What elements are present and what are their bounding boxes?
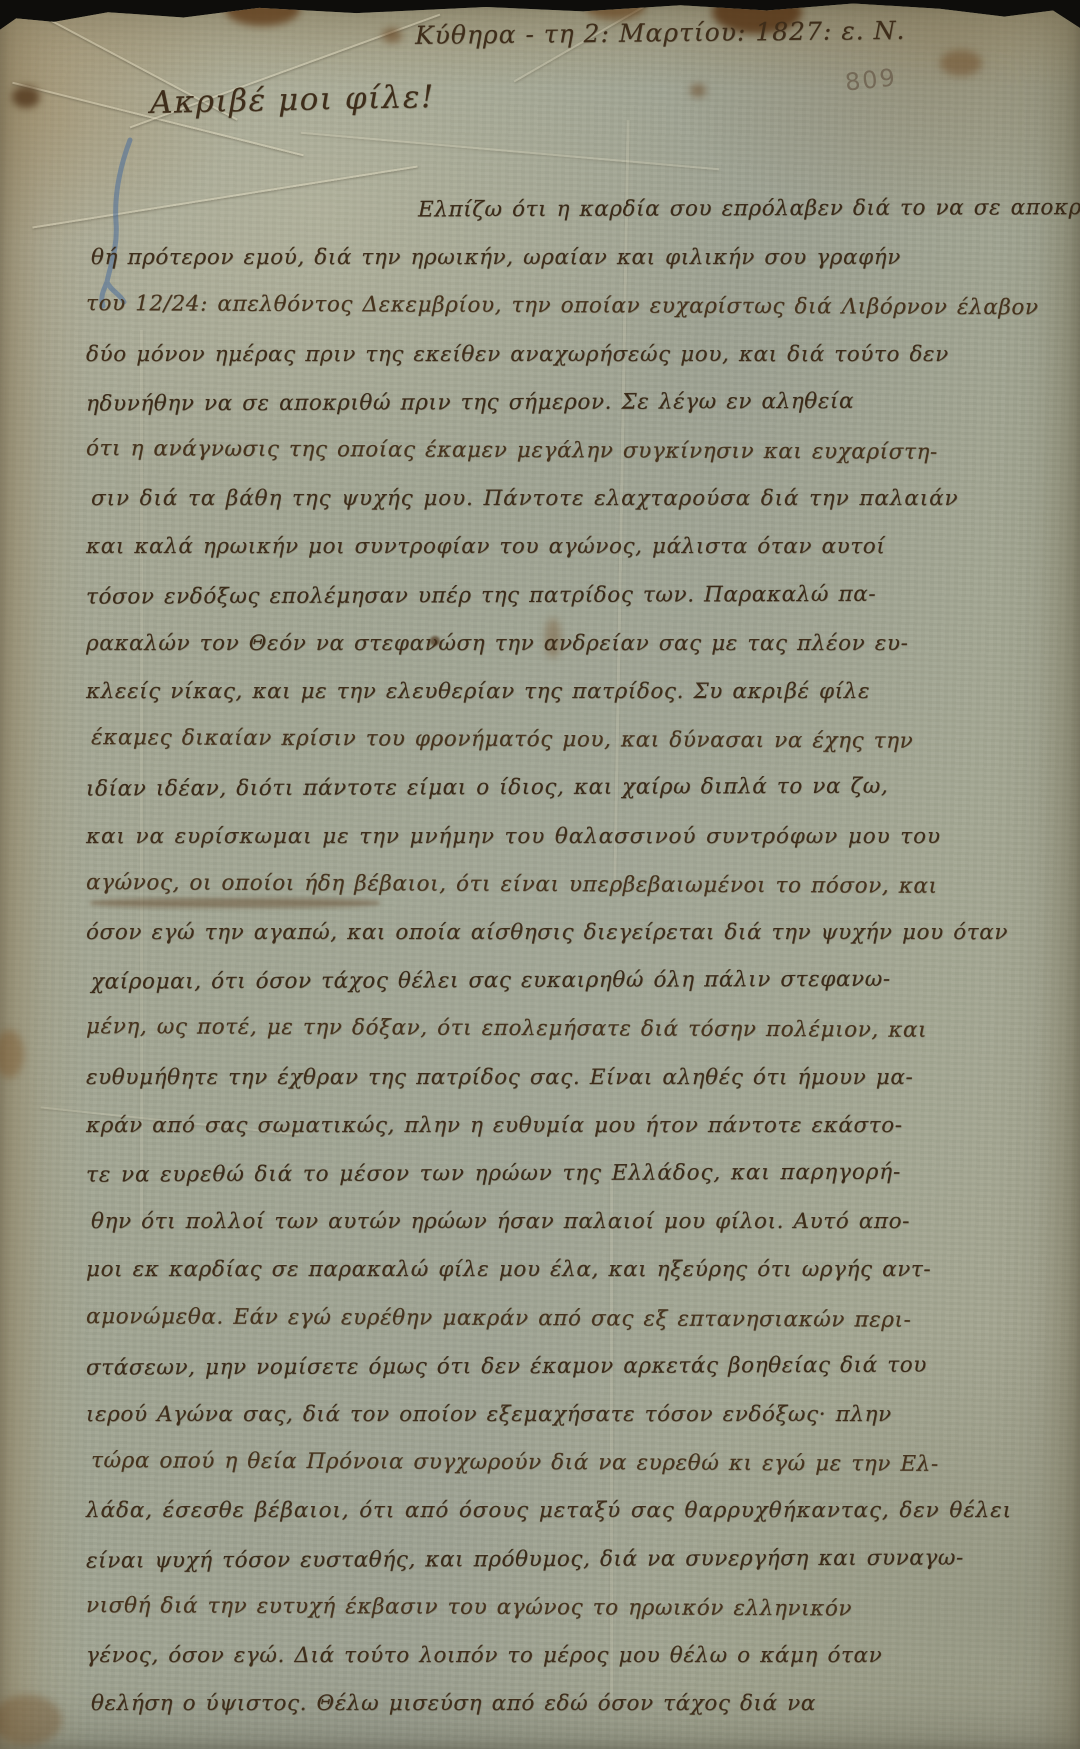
body-line: είναι ψυχή τόσον ευσταθής, και πρόθυμος,… bbox=[86, 1534, 972, 1585]
body-line: αγώνος, οι οποίοι ήδη βέβαιοι, ότι είναι… bbox=[86, 859, 972, 911]
body-line: Ελπίζω ότι η καρδία σου επρόλαβεν διά το… bbox=[86, 184, 972, 235]
body-line: και καλά ηρωικήν μοι συντροφίαν του αγών… bbox=[86, 523, 972, 571]
foxing-stain bbox=[0, 1030, 24, 1078]
body-line: γένος, όσον εγώ. Διά τούτο λοιπόν το μέρ… bbox=[86, 1632, 972, 1680]
archive-number: 809 bbox=[844, 63, 898, 96]
body-line: κράν από σας σωματικώς, πλην η ευθυμία μ… bbox=[86, 1102, 972, 1150]
body-line: λάδα, έσεσθε βέβαιοι, ότι από όσους μετα… bbox=[86, 1487, 972, 1535]
letter-page: Κύθηρα - τη 2: Μαρτίου: 1827: ε. Ν. 809 … bbox=[0, 0, 1080, 1749]
body-line: νισθή διά την ευτυχή έκβασιν του αγώνος … bbox=[86, 1582, 972, 1634]
letter-body: Ελπίζω ότι η καρδία σου επρόλαβεν διά το… bbox=[86, 186, 972, 1729]
body-line: μένη, ως ποτέ, με την δόξαν, ότι επολεμή… bbox=[86, 1004, 972, 1056]
body-line: τε να ευρεθώ διά το μέσον των ηρώων της … bbox=[86, 1149, 972, 1200]
ink-stain bbox=[12, 86, 40, 108]
body-line: ότι η ανάγνωσις της οποίας έκαμεν μεγάλη… bbox=[86, 425, 972, 477]
body-line: χαίρομαι, ότι όσον τάχος θέλει σας ευκαι… bbox=[86, 956, 972, 1007]
crease-line bbox=[301, 132, 720, 171]
body-line: ευθυμήθητε την έχθραν της πατρίδος σας. … bbox=[86, 1054, 972, 1102]
dateline: Κύθηρα - τη 2: Μαρτίου: 1827: ε. Ν. bbox=[415, 15, 975, 50]
ink-stain bbox=[585, 0, 645, 20]
ink-stain bbox=[940, 50, 982, 76]
body-line: κλεείς νίκας, και με την ελευθερίαν της … bbox=[86, 668, 972, 716]
body-line: σιν διά τα βάθη της ψυχής μου. Πάντοτε ε… bbox=[86, 475, 972, 523]
body-line: θή πρότερον εμού, διά την ηρωικήν, ωραία… bbox=[86, 234, 972, 282]
body-line: ηδυνήθην να σε αποκριθώ πριν της σήμερον… bbox=[86, 377, 972, 428]
body-line: ιδίαν ιδέαν, διότι πάντοτε είμαι ο ίδιος… bbox=[86, 763, 972, 814]
body-line: και να ευρίσκωμαι με την μνήμην του θαλα… bbox=[86, 813, 972, 861]
body-line: όσον εγώ την αγαπώ, και οποία αίσθησις δ… bbox=[86, 909, 972, 957]
body-line: θην ότι πολλοί των αυτών ηρώων ήσαν παλα… bbox=[86, 1198, 972, 1246]
body-line: ιερού Αγώνα σας, διά τον οποίον εξεμαχήσ… bbox=[86, 1391, 972, 1439]
body-line: τόσον ενδόξως επολέμησαν υπέρ της πατρίδ… bbox=[86, 570, 972, 621]
body-line: μοι εκ καρδίας σε παρακαλώ φίλε μου έλα,… bbox=[86, 1246, 972, 1294]
body-line: τώρα οπού η θεία Πρόνοια συγχωρούν διά ν… bbox=[86, 1437, 972, 1489]
ink-stain bbox=[690, 84, 706, 97]
ink-stain bbox=[382, 28, 402, 43]
body-line: ρακαλών τον Θεόν να στεφανώση την ανδρεί… bbox=[86, 620, 972, 668]
ink-stain bbox=[225, 0, 300, 26]
body-line: αμονώμεθα. Εάν εγώ ευρέθην μακράν από σα… bbox=[86, 1293, 972, 1345]
body-line: θελήση ο ύψιστος. Θέλω μισεύση από εδώ ό… bbox=[86, 1680, 972, 1728]
body-line: έκαμες δικαίαν κρίσιν του φρονήματός μου… bbox=[86, 714, 972, 766]
body-line: του 12/24: απελθόντος Δεκεμβρίου, την οπ… bbox=[86, 280, 972, 332]
foxing-stain bbox=[0, 1695, 62, 1745]
body-line: δύο μόνον ημέρας πριν της εκείθεν αναχωρ… bbox=[86, 331, 972, 379]
salutation: Ακριβέ μοι φίλε! bbox=[150, 79, 436, 121]
body-line: στάσεων, μην νομίσετε όμως ότι δεν έκαμο… bbox=[86, 1341, 972, 1392]
